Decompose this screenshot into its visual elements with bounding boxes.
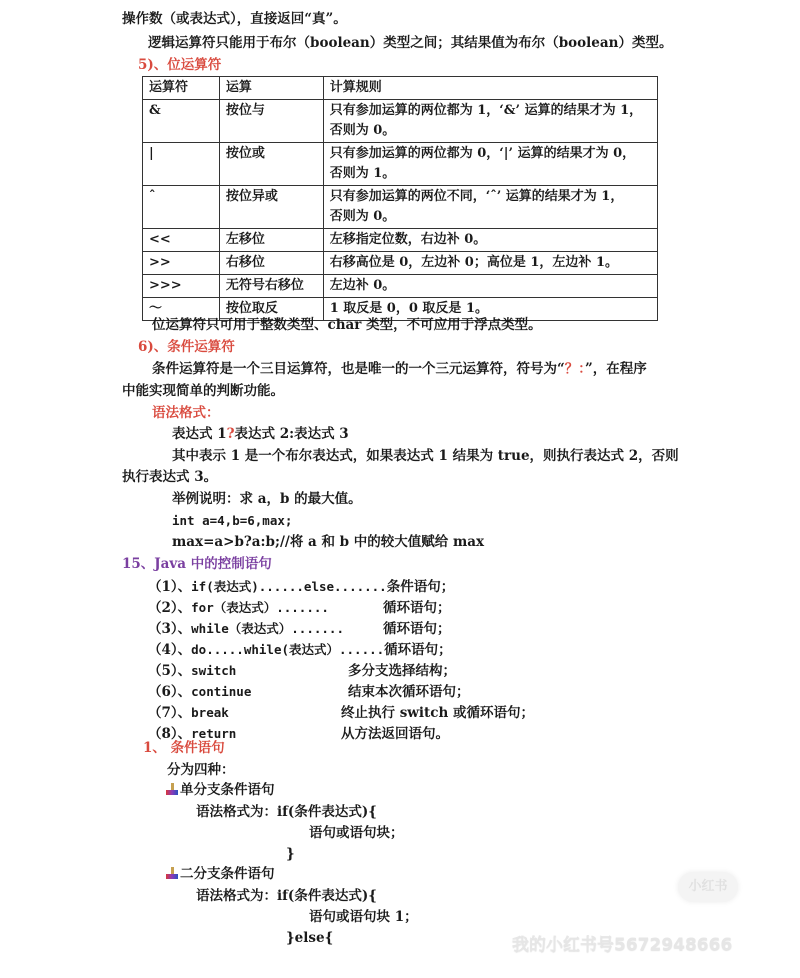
ternary-symbol: ？： — [565, 361, 585, 377]
list-item: （1）、if(表达式)......else.......条件语句； — [148, 578, 454, 596]
item-desc: 循环语句； — [383, 599, 451, 617]
rule-text: 只有参加运算的两位不同，‘ˆ’ 运算的结果才为 1， — [330, 189, 624, 204]
list-item: （5）、switch — [148, 662, 236, 680]
operator-cell: << — [143, 229, 220, 252]
item-number: （5）、 — [148, 663, 191, 679]
table-row: & 按位与 只有参加运算的两位都为 1，‘&’ 运算的结果才为 1，否则为 0。 — [143, 100, 658, 143]
table-row: | 按位或 只有参加运算的两位都为 0，‘|’ 运算的结果才为 0，否则为 1。 — [143, 143, 658, 186]
table-row: ˆ 按位异或 只有参加运算的两位不同，‘ˆ’ 运算的结果才为 1，否则为 0。 — [143, 186, 658, 229]
watermark-logo: 小红书 — [678, 872, 738, 902]
single-branch-syntax: 语法格式为：if(条件表达式){ — [196, 803, 377, 821]
item-desc: 循环语句； — [384, 642, 452, 658]
question-mark: ? — [227, 426, 235, 442]
table-row: << 左移位 左移指定位数，右边补 0。 — [143, 229, 658, 252]
double-branch-syntax: 语法格式为：if(条件表达式){ — [196, 887, 377, 905]
subsection-1-heading: 1、 条件语句 — [143, 739, 225, 757]
rule-cell: 只有参加运算的两位都为 0，‘|’ 运算的结果才为 0，否则为 1。 — [323, 143, 657, 186]
table-header: 运算 — [219, 77, 323, 100]
double-branch-close: }else{ — [286, 929, 333, 947]
rule-text: 否则为 0。 — [330, 123, 396, 138]
title-text: 二分支条件语句 — [180, 866, 275, 882]
list-item: （6）、continue — [148, 683, 251, 701]
table-header: 计算规则 — [323, 77, 657, 100]
desc-text: 条件运算符是一个三目运算符，也是唯一的一个三元运算符，符号为“ — [152, 361, 565, 377]
subsection-1-intro: 分为四种： — [167, 761, 235, 779]
operation-cell: 按位或 — [219, 143, 323, 186]
code-line-1: int a=4,b=6,max; — [172, 512, 292, 530]
syntax-label: 语法格式： — [152, 404, 220, 422]
watermark-text: 我的小红书号5672948666 — [512, 930, 732, 955]
list-item: （2）、for（表达式）....... — [148, 599, 329, 617]
conditional-desc-line-2: 中能实现简单的判断功能。 — [122, 382, 284, 400]
item-code: continue — [191, 684, 251, 699]
item-desc: 终止执行 switch 或循环语句； — [341, 704, 534, 722]
double-branch-title: 二分支条件语句 — [166, 865, 275, 883]
table-header-row: 运算符 运算 计算规则 — [143, 77, 658, 100]
rule-cell: 只有参加运算的两位不同，‘ˆ’ 运算的结果才为 1，否则为 0。 — [323, 186, 657, 229]
rule-text: 否则为 1。 — [330, 166, 396, 181]
intro-line-2: 逻辑运算符只能用于布尔（boolean）类型之间；其结果值为布尔（boolean… — [148, 34, 672, 52]
item-number: （6）、 — [148, 684, 191, 700]
intro-line-1: 操作数（或表达式），直接返回“真”。 — [122, 10, 347, 28]
list-item: （3）、while（表达式）....... — [148, 620, 344, 638]
table-row: >> 右移位 右移高位是 0，左边补 0；高位是 1，左边补 1。 — [143, 252, 658, 275]
list-item: （7）、break — [148, 704, 229, 722]
table-row: >>> 无符号右移位 左边补 0。 — [143, 275, 658, 298]
item-code: if(表达式)......else....... — [191, 579, 387, 594]
operation-cell: 按位异或 — [219, 186, 323, 229]
rule-text: 只有参加运算的两位都为 1，‘&’ 运算的结果才为 1， — [330, 103, 642, 118]
rule-cell: 右移高位是 0，左边补 0；高位是 1，左边补 1。 — [323, 252, 657, 275]
operator-cell: | — [143, 143, 220, 186]
section-15-heading: 15、Java 中的控制语句 — [122, 555, 272, 573]
rule-text: 否则为 0。 — [330, 209, 396, 224]
operator-cell: & — [143, 100, 220, 143]
item-desc: 多分支选择结构； — [348, 662, 456, 680]
bullet-icon — [166, 867, 178, 879]
rule-cell: 只有参加运算的两位都为 1，‘&’ 运算的结果才为 1，否则为 0。 — [323, 100, 657, 143]
operator-cell: >>> — [143, 275, 220, 298]
explain-line-1: 其中表示 1 是一个布尔表达式，如果表达式 1 结果为 true，则执行表达式 … — [172, 447, 679, 465]
section-5-heading: 5)、位运算符 — [138, 56, 221, 74]
syntax-expression: 表达式 1?表达式 2:表达式 3 — [172, 425, 349, 443]
explain-line-2: 执行表达式 3。 — [122, 468, 217, 486]
bitwise-note: 位运算符只可用于整数类型、char 类型，不可应用于浮点类型。 — [152, 316, 542, 334]
operation-cell: 按位与 — [219, 100, 323, 143]
operator-cell: >> — [143, 252, 220, 275]
item-number: （1）、 — [148, 579, 191, 595]
item-desc: 结束本次循环语句； — [348, 683, 470, 701]
rule-text: 只有参加运算的两位都为 0，‘|’ 运算的结果才为 0， — [330, 146, 635, 161]
table-header: 运算符 — [143, 77, 220, 100]
item-number: （3）、 — [148, 621, 191, 637]
expr-3: 表达式 3 — [294, 426, 349, 442]
operation-cell: 右移位 — [219, 252, 323, 275]
conditional-desc-line-1: 条件运算符是一个三目运算符，也是唯一的一个三元运算符，符号为“？：”，在程序 — [152, 360, 647, 378]
operator-cell: ˆ — [143, 186, 220, 229]
expr-1: 表达式 1 — [172, 426, 227, 442]
rule-cell: 左移指定位数，右边补 0。 — [323, 229, 657, 252]
item-code: for（表达式）....... — [191, 600, 329, 615]
code-line-2: max=a>b?a:b;//将 a 和 b 中的较大值赋给 max — [172, 533, 484, 551]
bullet-icon — [166, 783, 178, 795]
operation-cell: 无符号右移位 — [219, 275, 323, 298]
single-branch-title: 单分支条件语句 — [166, 781, 275, 799]
desc-text: ”，在程序 — [585, 361, 647, 377]
single-branch-body: 语句或语句块； — [309, 824, 404, 842]
item-number: （4）、 — [148, 642, 191, 658]
section-6-heading: 6)、条件运算符 — [138, 338, 235, 356]
operation-cell: 左移位 — [219, 229, 323, 252]
title-text: 单分支条件语句 — [180, 782, 275, 798]
item-desc: 从方法返回语句。 — [341, 725, 449, 743]
expr-2: 表达式 2 — [235, 426, 290, 442]
item-desc: 循环语句； — [383, 620, 451, 638]
single-branch-close: } — [286, 845, 295, 863]
item-desc: 条件语句； — [387, 579, 455, 595]
rule-cell: 左边补 0。 — [323, 275, 657, 298]
bitwise-operators-table: 运算符 运算 计算规则 & 按位与 只有参加运算的两位都为 1，‘&’ 运算的结… — [142, 76, 658, 321]
item-code: do.....while(表达式）...... — [191, 642, 384, 657]
item-code: switch — [191, 663, 236, 678]
item-code: break — [191, 705, 229, 720]
item-code: while（表达式）....... — [191, 621, 344, 636]
example-label: 举例说明：求 a，b 的最大值。 — [172, 490, 362, 508]
list-item: （4）、do.....while(表达式）......循环语句； — [148, 641, 452, 659]
item-number: （7）、 — [148, 705, 191, 721]
item-number: （2）、 — [148, 600, 191, 616]
double-branch-body: 语句或语句块 1； — [309, 908, 418, 926]
